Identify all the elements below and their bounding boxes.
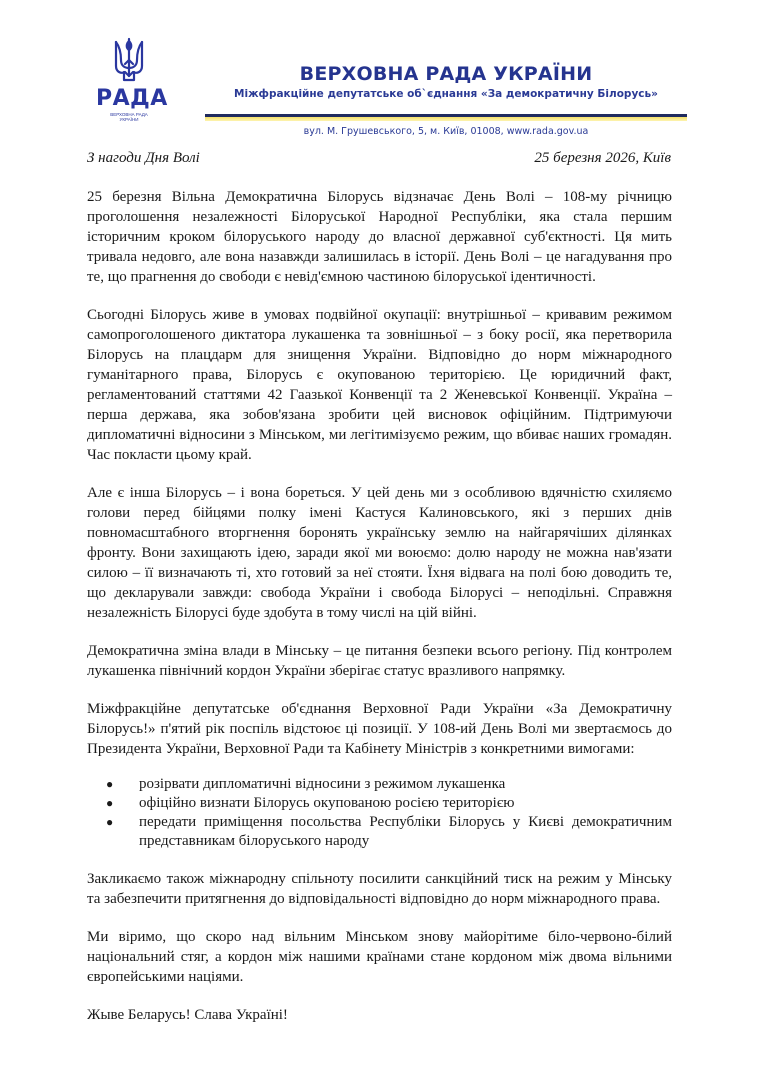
paragraph: Демократична зміна влади в Мінську – це … xyxy=(87,641,672,681)
logo-subtext: ВЕРХОВНА РАДА УКРАЇНИ xyxy=(96,112,162,122)
letterhead-title: ВЕРХОВНА РАДА УКРАЇНИ xyxy=(206,63,686,85)
logo-wordmark: РАДА xyxy=(96,88,162,110)
dateline: 25 березня 2026, Київ xyxy=(534,150,671,167)
list-item: ●розірвати дипломатичні відносини з режи… xyxy=(139,775,672,794)
paragraph: Закликаємо також міжнародну спільноту по… xyxy=(87,869,672,909)
paragraph: Ми віримо, що скоро над вільним Мінськом… xyxy=(87,927,672,987)
letterhead-address: вул. М. Грушевського, 5, м. Київ, 01008,… xyxy=(206,126,686,137)
demands-list: ●розірвати дипломатичні відносини з режи… xyxy=(87,775,672,851)
list-item: ●офіційно визнати Білорусь окупованою ро… xyxy=(139,794,672,813)
occasion-line: З нагоди Дня Волі xyxy=(87,150,200,167)
paragraph: 25 березня Вільна Демократична Білорусь … xyxy=(87,187,672,287)
list-item: ●передати приміщення посольства Республі… xyxy=(139,813,672,851)
bullet-icon: ● xyxy=(106,775,113,794)
letterhead-subtitle: Міжфракційне депутатське об`єднання «За … xyxy=(206,88,686,100)
closing-slogan: Жыве Беларусь! Слава Україні! xyxy=(87,1005,672,1025)
letterhead-rule-yellow xyxy=(205,117,687,121)
document-page: РАДА ВЕРХОВНА РАДА УКРАЇНИ ВЕРХОВНА РАДА… xyxy=(0,0,764,1082)
paragraph: Міжфракційне депутатське об'єднання Верх… xyxy=(87,699,672,759)
paragraph: Але є інша Білорусь – і вона бореться. У… xyxy=(87,483,672,623)
trident-icon xyxy=(112,36,146,86)
bullet-icon: ● xyxy=(106,794,113,813)
paragraph: Сьогодні Білорусь живе в умовах подвійно… xyxy=(87,305,672,465)
bullet-icon: ● xyxy=(106,813,113,832)
rada-logo: РАДА ВЕРХОВНА РАДА УКРАЇНИ xyxy=(96,36,162,122)
statement-body: 25 березня Вільна Демократична Білорусь … xyxy=(87,187,672,1043)
